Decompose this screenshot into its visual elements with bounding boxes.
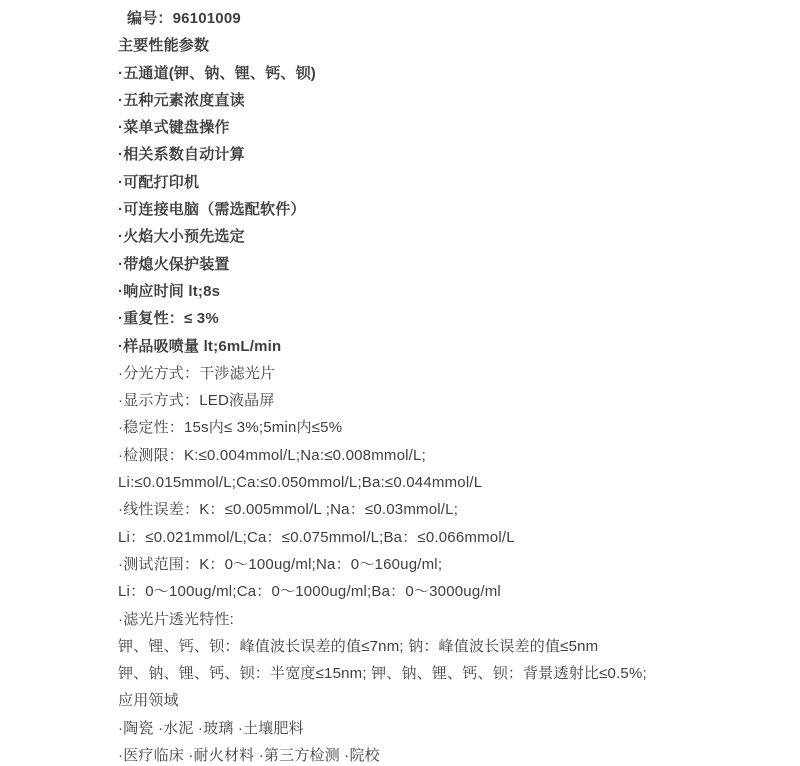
spec-line-response-time: ·响应时间 lt;8s [118,278,780,305]
spec-line-filter-title: ·滤光片透光特性: [118,606,780,633]
spec-line-detection-limit-cont: Li:≤0.015mmol/L;Ca:≤0.050mmol/L;Ba:≤0.04… [118,469,780,496]
spec-line-flameout: ·带熄火保护装置 [118,251,780,278]
spec-line-pc: ·可连接电脑（需选配软件） [118,196,780,223]
section-heading-specs: 主要性能参数 [118,32,780,59]
spec-line-range-cont: Li：0～100ug/ml;Ca：0～1000ug/ml;Ba：0～3000ug… [118,578,780,605]
spec-line-aspiration: ·样品吸喷量 lt;6mL/min [118,333,780,360]
spec-line-printer: ·可配打印机 [118,169,780,196]
spec-line-repeatability: ·重复性：≤ 3% [118,305,780,332]
application-line-medical: ·医疗临床 ·耐火材料 ·第三方检测 ·院校 [118,742,780,766]
spec-line-flame-size: ·火焰大小预先选定 [118,223,780,250]
product-spec-document: 编号：96101009主要性能参数·五通道(钾、钠、锂、钙、钡)·五种元素浓度直… [0,0,800,766]
spec-line-detection-limit: ·检测限：K:≤0.004mmol/L;Na:≤0.008mmol/L; [118,442,780,469]
spec-line-channels: ·五通道(钾、钠、锂、钙、钡) [118,60,780,87]
spec-line-range: ·测试范围：K：0～100ug/ml;Na：0～160ug/ml; [118,551,780,578]
spec-line-linearity: ·线性误差：K：≤0.005mmol/L ;Na：≤0.03mmol/L; [118,496,780,523]
section-heading-applications: 应用领域 [118,687,780,714]
spec-line-stability: ·稳定性：15s内≤ 3%;5min内≤5% [118,414,780,441]
spec-line-filter-peak: 钾、锂、钙、钡：峰值波长误差的值≤7nm; 钠：峰值波长误差的值≤5nm [118,633,780,660]
application-line-industry: ·陶瓷 ·水泥 ·玻璃 ·土壤肥料 [118,715,780,742]
spec-line-direct-read: ·五种元素浓度直读 [118,87,780,114]
serial-number-line: 编号：96101009 [127,5,780,32]
spec-line-keyboard: ·菜单式键盘操作 [118,114,780,141]
spec-line-correlation: ·相关系数自动计算 [118,141,780,168]
spec-line-dispersion: ·分光方式：干涉滤光片 [118,360,780,387]
spec-line-linearity-cont: Li：≤0.021mmol/L;Ca：≤0.075mmol/L;Ba：≤0.06… [118,524,780,551]
spec-line-display: ·显示方式：LED液晶屏 [118,387,780,414]
spec-line-filter-width: 钾、钠、锂、钙、钡：半宽度≤15nm; 钾、钠、锂、钙、钡：背景透射比≤0.5%… [118,660,780,687]
